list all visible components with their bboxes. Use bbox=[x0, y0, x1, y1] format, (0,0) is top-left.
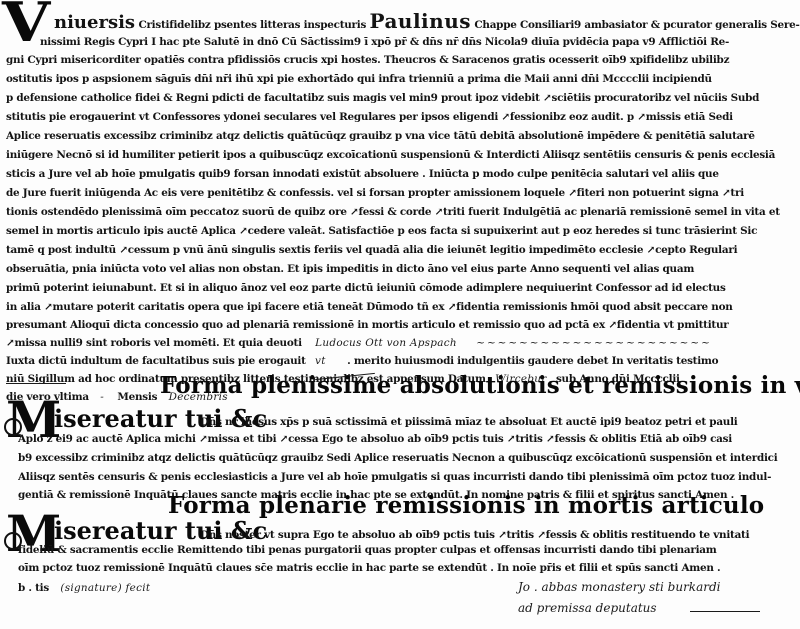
text-line-5: p defensione catholice fidei & Regni pdi… bbox=[6, 89, 796, 108]
handwritten-purchaser-name: Ludocus Ott von Apspach bbox=[315, 337, 457, 349]
text-line-13: tamē q post indultū ↗cessum p vnū ānū si… bbox=[6, 241, 796, 260]
printed-text: ↗missa nulli9 sint roboris vel momēti. E… bbox=[6, 337, 302, 349]
section1-line-4: Aliisqz sentēs censuris & penis ecclesia… bbox=[18, 468, 796, 487]
address-text: Cristifidelibz psentes litteras inspectu… bbox=[138, 19, 366, 31]
text-line-16: in alia ↗mutare poterit caritatis opera … bbox=[6, 298, 796, 317]
text-line-12: semel in mortis articulo ipis auctē Apli… bbox=[6, 222, 796, 241]
signature-left: b . tis (signature) fecit bbox=[18, 579, 218, 598]
section2-line-3: oīm pctoz tuoz remissionē Inquātū claues… bbox=[18, 559, 796, 578]
handwritten-signature-abbot: Jo . abbas monastery sti burkardi bbox=[518, 580, 720, 594]
printed-fragment: b . tis bbox=[18, 582, 49, 594]
text-line-2: nissimi Regis Cypri I hac pte Salutē in … bbox=[40, 33, 796, 52]
text-line-19: Iuxta dictū indultum de facultatibus sui… bbox=[6, 352, 796, 371]
issuer-name: Paulinus bbox=[369, 12, 471, 33]
handwritten-underline bbox=[6, 383, 66, 384]
lead-word: niuersis bbox=[54, 12, 135, 33]
text-line-1: niuersis Cristifidelibz psentes litteras… bbox=[54, 12, 800, 35]
handwritten-mark: - bbox=[100, 391, 104, 403]
handwritten-signature-left: (signature) fecit bbox=[60, 582, 150, 594]
text-line-7: Aplice reseruatis excessibz criminibz at… bbox=[6, 127, 796, 146]
section1-line-3: b9 excessibz criminibz atqz delictis quā… bbox=[18, 449, 796, 468]
text-line-14: obseruātia, pnia iniūcta voto vel alias … bbox=[6, 260, 796, 279]
text-line-3: gni Cypri misericorditer opatiēs contra … bbox=[6, 51, 796, 70]
printed-month-label: Mensis bbox=[117, 391, 157, 403]
handwritten-signature-deputy: ad premissa deputatus bbox=[518, 601, 657, 615]
text-line-15: primū poterint ieiunabunt. Et si in aliq… bbox=[6, 279, 796, 298]
text-line-10: de Jure fuerit iniūgenda Ac eis vere pen… bbox=[6, 184, 796, 203]
handwritten-mark: vt bbox=[315, 355, 326, 367]
text-line-4: ostitutis ipos p aspsionem sāguīs dn̄i n… bbox=[6, 70, 796, 89]
section1-line-2: Aplo z ei9 ac auctē Aplica michi ↗missa … bbox=[18, 430, 796, 449]
section2-line-2: fideliū & sacramentis ecclie Remittendo … bbox=[18, 541, 796, 560]
text-line-9: sticis a Jure vel ab hoīe pmulgatis quib… bbox=[6, 165, 796, 184]
printed-text: Iuxta dictū indultum de facultatibus sui… bbox=[6, 355, 306, 367]
text-line-8: iniūgere Necnō si id humiliter petierit … bbox=[6, 146, 796, 165]
text-line-6: stitutis pie erogauerint vt Confessores … bbox=[6, 108, 796, 127]
indulgence-page: V niuersis Cristifidelibz psentes litter… bbox=[0, 0, 800, 629]
section1-line-1: Dn̄s nr̄ ihesus xp̄s p suā sctissimā et … bbox=[200, 414, 796, 430]
section-heading-absolution-in-life: Forma plenissime absolutionis et remissi… bbox=[160, 372, 800, 400]
handwritten-fill-strokes: ~~~~~~~~~~~~~~~~~~~~~~ bbox=[476, 337, 712, 349]
handwritten-flourish bbox=[690, 611, 760, 612]
issuer-title: Chappe Consiliari9 ambasiator & pcurator… bbox=[474, 19, 799, 31]
text-line-17: presumant Alioquī dicta concessio quo ad… bbox=[6, 316, 796, 335]
text-line-18: ↗missa nulli9 sint roboris vel momēti. E… bbox=[6, 334, 796, 353]
printed-text: . merito huiusmodi indulgentiis gaudere … bbox=[347, 355, 718, 367]
text-line-11: tionis ostendēdo plenissimā oīm peccatoz… bbox=[6, 203, 796, 222]
